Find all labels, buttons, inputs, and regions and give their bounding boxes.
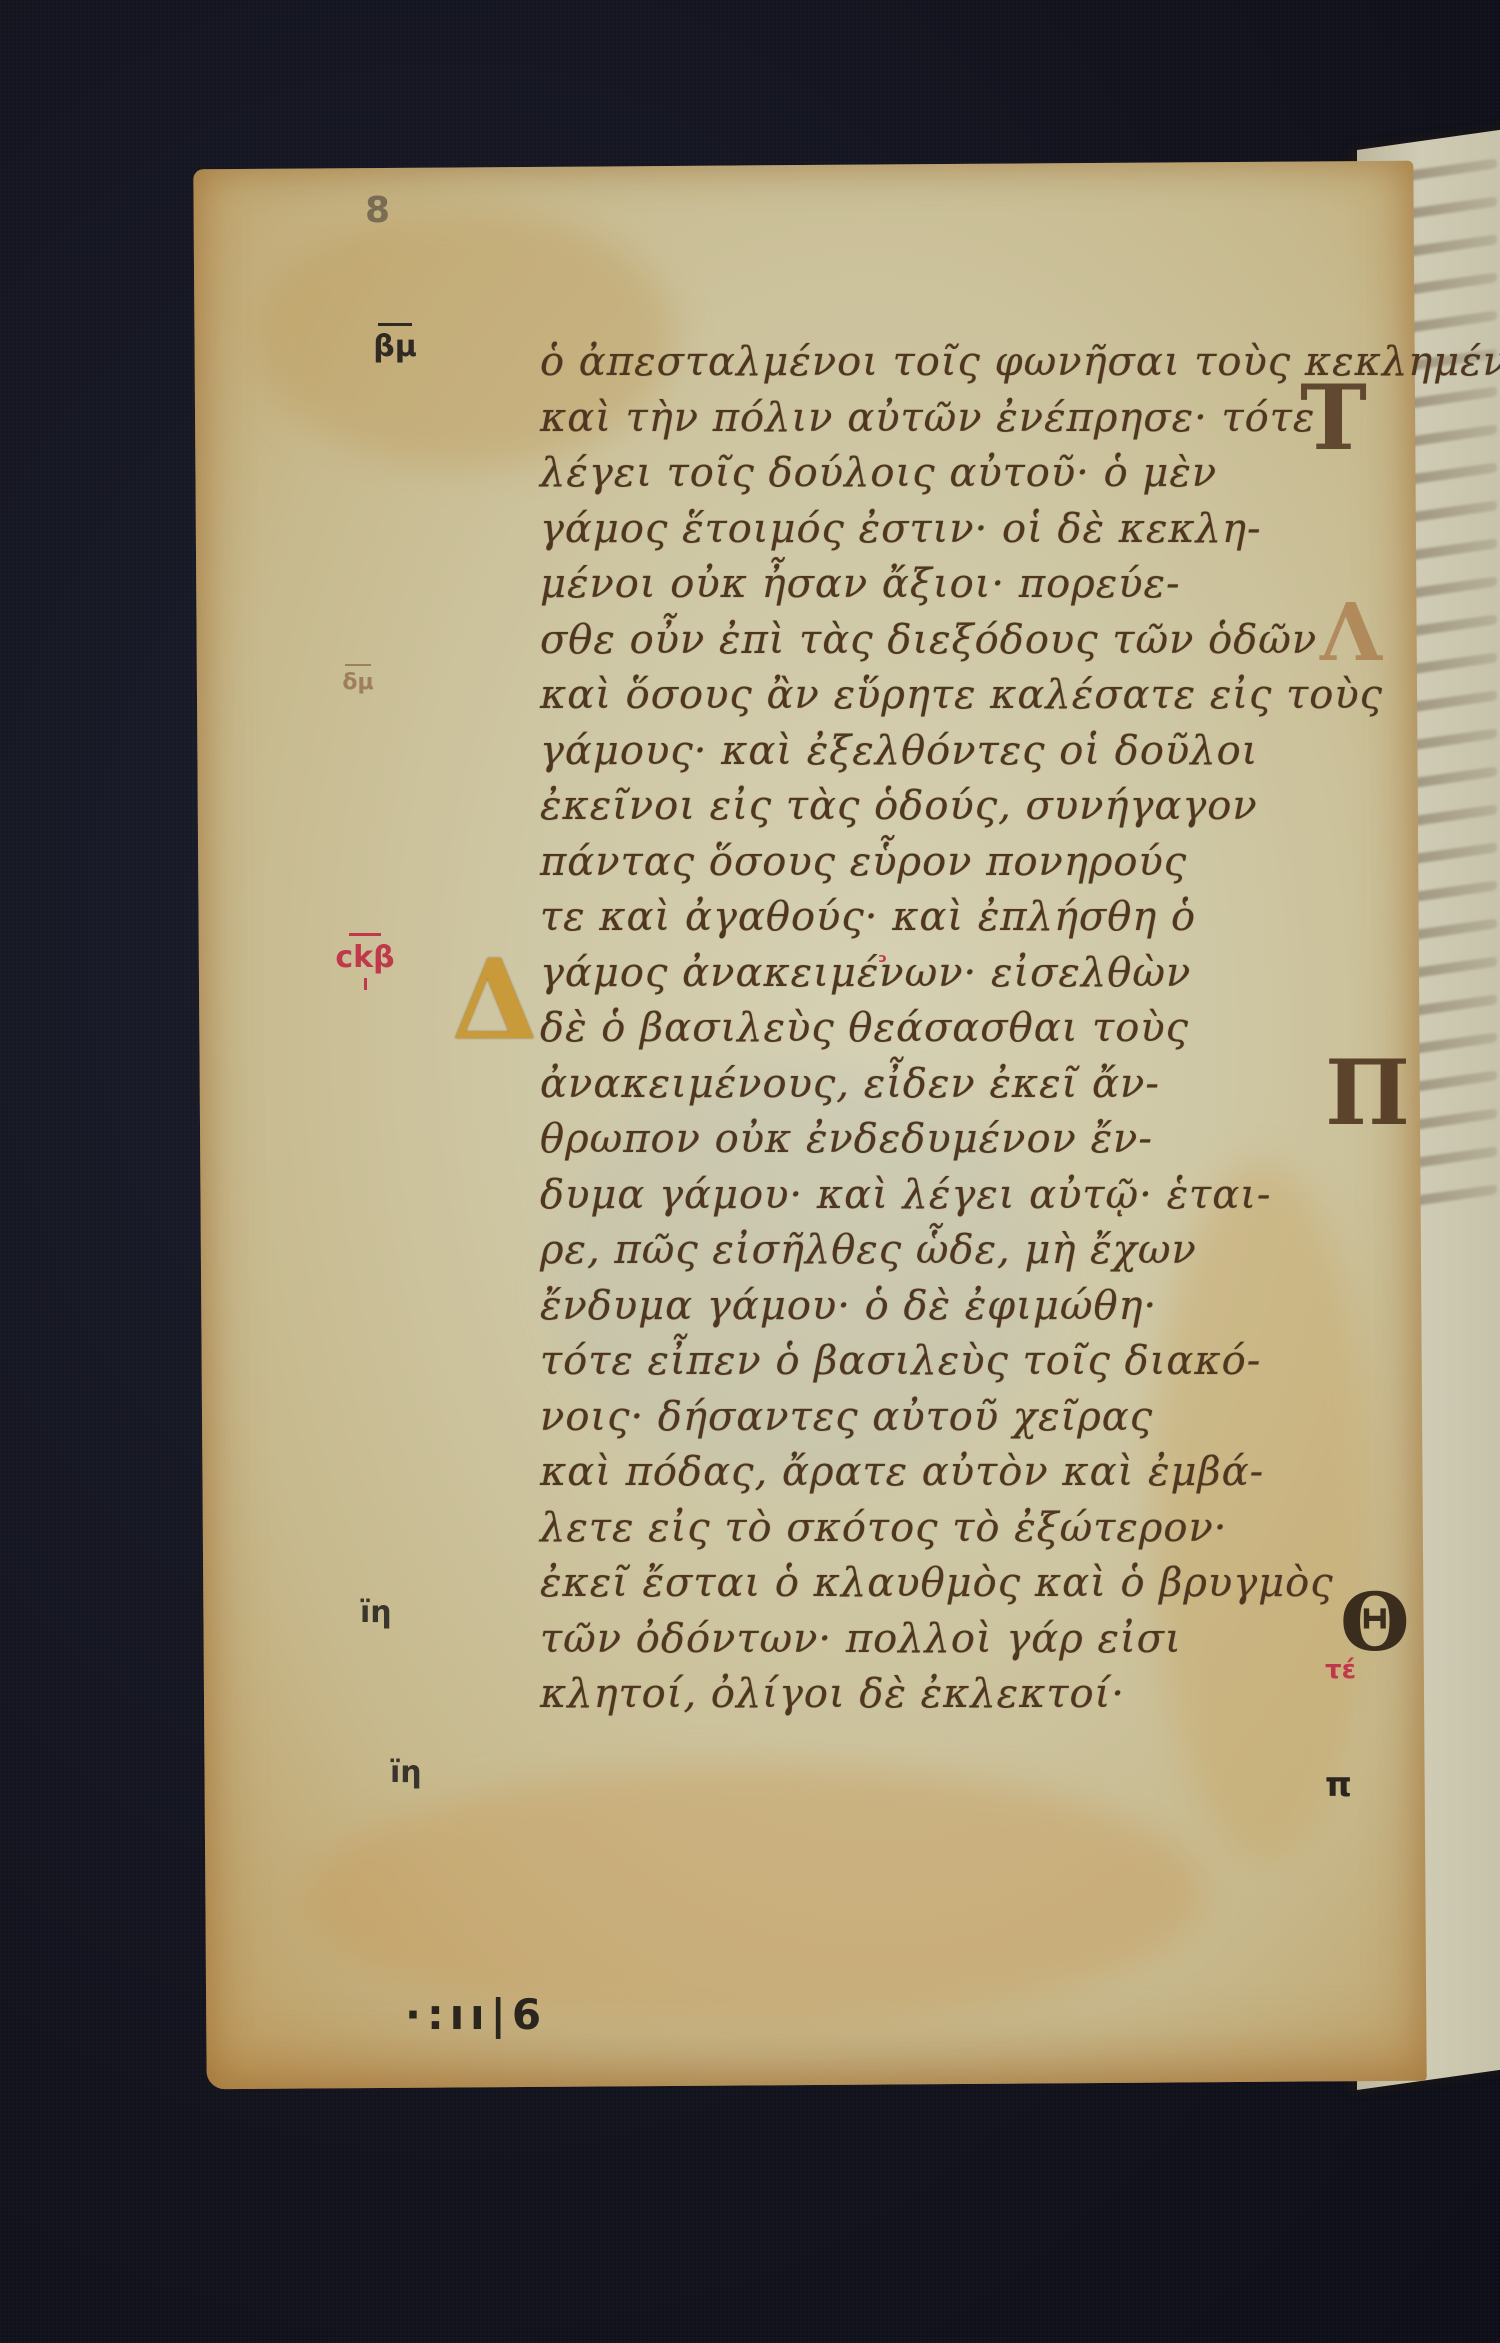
text-line: πάντας ὅσους εὗρον πονηρούς bbox=[540, 835, 1340, 891]
text-line: λετε εἰς τὸ σκότος τὸ ἐξώτερον· bbox=[540, 1501, 1340, 1557]
text-line: καὶ πόδας, ἄρατε αὐτὸν καὶ ἐμβά- bbox=[540, 1445, 1340, 1501]
margin-note-mark bbox=[349, 915, 381, 936]
margin-note-text: βμ bbox=[373, 329, 417, 364]
initial-lambda: Λ bbox=[1320, 585, 1382, 679]
text-line: κλητοί, ὀλίγοι δὲ ἐκλεκτοί· bbox=[540, 1667, 1340, 1723]
text-line: τῶν ὀδόντων· πολλοὶ γάρ εἰσι bbox=[540, 1612, 1340, 1668]
text-line: νοις· δήσαντες αὐτοῦ χεῖρας bbox=[540, 1390, 1340, 1446]
text-line: καὶ τὴν πόλιν αὐτῶν ἐνέπρησε· τότε bbox=[540, 391, 1340, 447]
initial-pi: Π bbox=[1325, 1040, 1410, 1146]
margin-note-text: ckβ bbox=[335, 940, 394, 975]
text-line: δὲ ὁ βασιλεὺς θεάσασθαι τοὺς bbox=[540, 1001, 1340, 1057]
text-line: ἐκεῖνοι εἰς τὰς ὁδούς, συνήγαγον bbox=[540, 779, 1340, 835]
text-line: λέγει τοῖς δούλοις αὐτοῦ· ὁ μὲν bbox=[540, 446, 1340, 502]
margin-note-text: δμ bbox=[342, 670, 373, 695]
quire-mark: π bbox=[1325, 1765, 1352, 1805]
text-line: θρωπον οὐκ ἐνδεδυμένον ἔν- bbox=[540, 1112, 1340, 1168]
text-line: γάμους· καὶ ἐξελθόντες οἱ δοῦλοι bbox=[540, 724, 1340, 780]
initial-delta-gold: Δ bbox=[452, 935, 537, 1064]
folio-number: 8 bbox=[365, 190, 390, 231]
initial-tau: Τ bbox=[1300, 365, 1367, 471]
text-line: ὁ ἀπεσταλμένοι τοῖς φωνῆσαι τοὺς κεκλημέ… bbox=[540, 335, 1340, 391]
margin-note-mark bbox=[364, 978, 367, 990]
text-line: σθε οὖν ἐπὶ τὰς διεξόδους τῶν ὁδῶν bbox=[540, 613, 1340, 669]
margin-note-mark bbox=[378, 305, 412, 326]
margin-note-2: δμ bbox=[328, 650, 388, 696]
margin-note-5: ïη bbox=[390, 1755, 422, 1790]
inline-rubric-mark: ᵓ bbox=[878, 950, 887, 975]
margin-note-4: ïη bbox=[360, 1595, 392, 1630]
shelfmark: ·:ıı|6 bbox=[405, 1990, 547, 2039]
margin-note-1: βμ bbox=[365, 305, 425, 364]
main-text-block: ὁ ἀπεσταλμένοι τοῖς φωνῆσαι τοὺς κεκλημέ… bbox=[540, 335, 1340, 1723]
text-line: ἔνδυμα γάμου· ὁ δὲ ἐφιμώθη· bbox=[540, 1279, 1340, 1335]
text-line: γάμος ἀνακειμένων· εἰσελθὼν bbox=[540, 946, 1340, 1002]
text-line: καὶ ὅσους ἂν εὕρητε καλέσατε εἰς τοὺς bbox=[540, 668, 1340, 724]
text-line: τότε εἶπεν ὁ βασιλεὺς τοῖς διακό- bbox=[540, 1334, 1340, 1390]
text-line: τε καὶ ἀγαθούς· καὶ ἐπλήσθη ὁ bbox=[540, 890, 1340, 946]
text-line: ἐκεῖ ἔσται ὁ κλαυθμὸς καὶ ὁ βρυγμὸς bbox=[540, 1556, 1340, 1612]
text-line: γάμος ἕτοιμός ἐστιν· οἱ δὲ κεκλη- bbox=[540, 502, 1340, 558]
margin-note-rubric: ckβ bbox=[320, 915, 410, 990]
text-line: ρε, πῶς εἰσῆλθες ὧδε, μὴ ἔχων bbox=[540, 1223, 1340, 1279]
text-line: ἀνακειμένους, εἶδεν ἐκεῖ ἄν- bbox=[540, 1057, 1340, 1113]
margin-note-mark bbox=[345, 650, 371, 666]
text-line: μένοι οὐκ ἦσαν ἄξιοι· πορεύε- bbox=[540, 557, 1340, 613]
parchment-stain bbox=[304, 1762, 1206, 2028]
text-line: δυμα γάμου· καὶ λέγει αὐτῷ· ἑται- bbox=[540, 1168, 1340, 1224]
rubric-telos-mark: τέ bbox=[1325, 1655, 1356, 1685]
